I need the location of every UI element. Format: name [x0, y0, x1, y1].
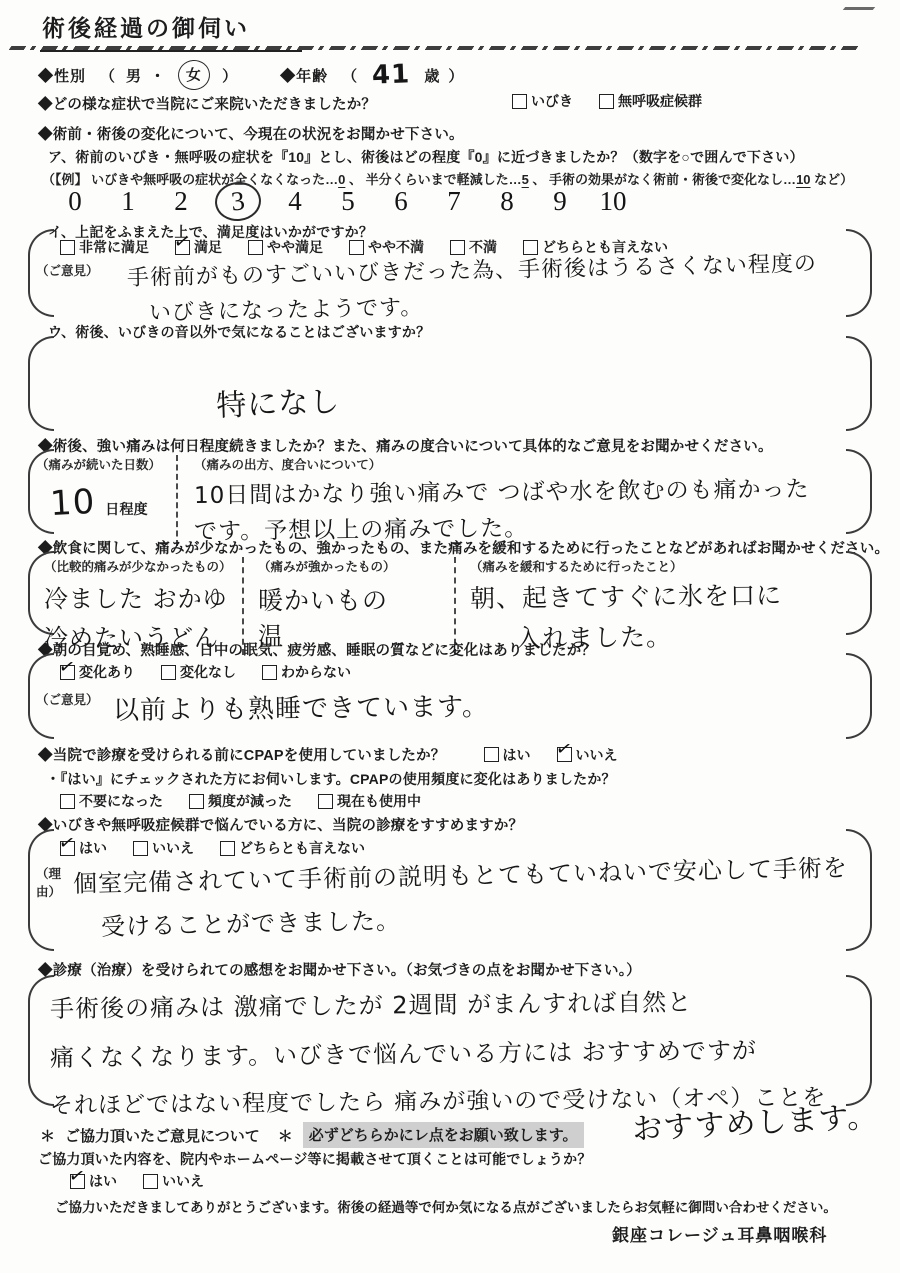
scale-number[interactable]: 7: [439, 186, 469, 217]
gender-paren-close: ）: [222, 65, 238, 86]
checkbox-option-0[interactable]: はい: [484, 745, 531, 765]
checkbox-icon[interactable]: [60, 240, 75, 255]
checkbox-label: はい: [79, 838, 107, 858]
age-label: ◆年齢: [280, 65, 328, 86]
food-col2-label: （痛みが強かったもの）: [258, 557, 450, 575]
sleep-comment-label: （ご意見）: [36, 690, 99, 708]
recommend-reason-line2: 受けることができました。: [101, 891, 849, 942]
checkbox-label: わからない: [281, 662, 351, 682]
checkbox-label: いびき: [531, 91, 573, 111]
checkbox-option-0[interactable]: ✓変化あり: [60, 662, 135, 682]
checkbox-icon[interactable]: [512, 94, 527, 109]
age-paren-open: （: [342, 65, 358, 86]
food-col1-label: （比較的痛みが少なかったもの）: [44, 557, 238, 575]
checkbox-label: いいえ: [576, 745, 618, 765]
concerns-answer-box: 特になし: [28, 336, 872, 431]
checkbox-icon[interactable]: [484, 747, 499, 762]
example-seg: 、 半分くらいまで軽減した…: [345, 172, 521, 187]
symptom-question: ◆どの様な症状で当院にご来院いただきましたか？: [38, 93, 376, 114]
example-seg: など）: [811, 172, 854, 187]
checked-checkbox-icon[interactable]: ✓: [60, 665, 75, 680]
food-answer-box: （比較的痛みが少なかったもの） 冷ました おかゆ 冷めたいうどん （痛みが強かっ…: [28, 551, 872, 635]
publish-options: ✓はいいいえ: [70, 1171, 230, 1191]
scanned-questionnaire-page: 術後経過の御伺い ◆性別 （ 男 ・ 女 ） ◆年齢 （ 41 歳 ） ◆どの様…: [0, 0, 900, 1273]
checkbox-icon[interactable]: [143, 1174, 158, 1189]
sleep-comment-handwritten: 以前よりも熟睡できています。: [112, 686, 488, 727]
age-unit: 歳: [424, 65, 440, 86]
checkbox-icon[interactable]: [450, 240, 465, 255]
check-mark-icon: ✓: [57, 830, 77, 855]
gender-separator: ・: [150, 65, 166, 86]
example-seg: 、 手術の効果がなく術前・術後で変化なし…: [529, 172, 796, 187]
example-underlined-10: 10: [796, 172, 810, 187]
gender-option-female-circled[interactable]: 女: [177, 59, 211, 91]
gender-label: ◆性別: [38, 65, 86, 86]
feedback-line1: 手術後の痛みは 激痛でしたが 2週間 がまんすれば自然と: [50, 981, 836, 1024]
change-header: ◆術前・術後の変化について、今現在の状況をお聞かせ下さい。: [38, 123, 464, 144]
checkbox-option-1[interactable]: 頻度が減った: [189, 791, 292, 811]
scale-number[interactable]: 8: [492, 186, 522, 217]
gender-option-male[interactable]: 男: [126, 65, 142, 86]
checkbox-label: 頻度が減った: [208, 791, 292, 811]
pain-days-value-handwritten: 10: [49, 482, 96, 524]
food-col3-label: （痛みを緩和するために行ったこと）: [470, 557, 834, 575]
concerns-answer-handwritten: 特になし: [215, 359, 836, 425]
recommend-answer-box: ✓はいいいえどちらとも言えない （理由） 個室完備されていて手術前の説明もとても…: [28, 829, 872, 951]
checkbox-label: いいえ: [152, 838, 194, 858]
cpap-q2-options: 不要になった頻度が減った現在も使用中: [60, 791, 447, 811]
cpap-question-2: ・『はい』にチェックされた方にお伺いします。CPAPの使用頻度に変化はありました…: [46, 769, 616, 789]
scale-number[interactable]: 6: [386, 186, 416, 217]
footer-highlight-note: 必ずどちらかにレ点をお願い致します。: [303, 1122, 584, 1148]
checkbox-icon[interactable]: [220, 841, 235, 856]
pain-desc-line1: 10日間はかなり強い痛みで つばや水を飲むのも痛かった: [194, 470, 836, 510]
checkbox-icon[interactable]: [60, 794, 75, 809]
scale-number[interactable]: 4: [280, 186, 310, 217]
checkbox-icon[interactable]: [133, 841, 148, 856]
checked-checkbox-icon[interactable]: ✓: [557, 747, 572, 762]
checkbox-icon[interactable]: [161, 665, 176, 680]
footer-star-1: ＊: [40, 1125, 55, 1146]
checkbox-option-2[interactable]: やや満足: [248, 237, 323, 257]
checked-checkbox-icon[interactable]: ✓: [60, 841, 75, 856]
recommend-reason-label: （理由）: [36, 864, 61, 900]
pain-days-label: （痛みが続いた日数）: [36, 455, 176, 473]
checkbox-label: やや満足: [267, 237, 323, 257]
checkbox-label: 現在も使用中: [337, 791, 421, 811]
footer-star-2: ＊: [278, 1125, 293, 1146]
checkbox-option-1[interactable]: ✓いいえ: [557, 745, 618, 765]
scale-number[interactable]: 0: [60, 186, 90, 217]
checkbox-label: 満足: [194, 237, 222, 257]
checkbox-option-0[interactable]: ✓はい: [70, 1171, 117, 1191]
checkbox-label: 非常に満足: [79, 237, 149, 257]
checked-checkbox-icon[interactable]: ✓: [175, 240, 190, 255]
scale-number[interactable]: 1: [113, 186, 143, 217]
checkbox-option-1[interactable]: いいえ: [143, 1171, 204, 1191]
checkbox-label: 不要になった: [79, 791, 163, 811]
checkbox-icon[interactable]: [262, 665, 277, 680]
food-col2-line1: 暖かいもの: [258, 581, 450, 617]
satisfaction-answer-box: 非常に満足✓満足やや満足やや不満不満どちらとも言えない （ご意見） 手術前がもの…: [28, 229, 872, 317]
feedback-line2: 痛くなくなります。いびきで悩んでいる方には おすすめですが: [50, 1030, 836, 1073]
pain-days-unit: 日程度: [105, 499, 148, 519]
check-mark-icon: ✓: [172, 229, 192, 254]
publish-question: ご協力頂いた内容を、院内やホームページ等に掲載させて頂くことは可能でしょうか？: [38, 1149, 592, 1169]
cpap-q1-options: はい✓いいえ: [484, 745, 644, 765]
checkbox-option-0[interactable]: ✓はい: [60, 838, 107, 858]
checkbox-label: 無呼吸症候群: [618, 91, 702, 111]
check-mark-icon: ✓: [553, 737, 573, 762]
checkbox-icon[interactable]: [318, 794, 333, 809]
gender-paren-open: （: [100, 65, 116, 86]
checkbox-option-0[interactable]: 不要になった: [60, 791, 163, 811]
checkbox-icon[interactable]: [248, 240, 263, 255]
check-mark-icon: ✓: [67, 1163, 87, 1188]
checkbox-option-1[interactable]: 無呼吸症候群: [599, 91, 702, 111]
scale-number[interactable]: 10: [598, 186, 628, 217]
age-paren-close: ）: [448, 65, 464, 86]
feedback-answer-box: 手術後の痛みは 激痛でしたが 2週間 がまんすれば自然と 痛くなくなります。いび…: [28, 975, 872, 1106]
checkbox-option-2[interactable]: どちらとも言えない: [220, 838, 365, 858]
rating-scale-row: 012345678910: [60, 186, 628, 217]
checkbox-option-1[interactable]: いいえ: [133, 838, 194, 858]
comment-label: （ご意見）: [36, 261, 99, 279]
checkbox-label: どちらとも言えない: [239, 838, 365, 858]
scale-number[interactable]: 5: [333, 186, 363, 217]
scan-artifact-mark: [843, 7, 876, 10]
checkbox-option-0[interactable]: いびき: [512, 91, 573, 111]
thanks-note: ご協力いただきましてありがとうございます。術後の経過等で何か気になる点がございま…: [55, 1196, 837, 1216]
food-col3-line1: 朝、起きてすぐに氷を口に: [470, 575, 834, 615]
food-col1-line1: 冷ました おかゆ: [44, 579, 238, 614]
checkbox-icon[interactable]: [349, 240, 364, 255]
scale-number[interactable]: 9: [545, 186, 575, 217]
cpap-question-1: ◆当院で診療を受けられる前にCPAPを使用していましたか？: [38, 744, 446, 765]
scale-number[interactable]: 2: [166, 186, 196, 217]
checkbox-label: はい: [89, 1171, 117, 1191]
age-value-handwritten: 41: [372, 59, 411, 90]
checkbox-label: はい: [503, 745, 531, 765]
checkbox-label: 変化あり: [79, 662, 135, 682]
checkbox-label: 変化なし: [180, 662, 236, 682]
checkbox-option-2[interactable]: わからない: [262, 662, 351, 682]
checkbox-option-1[interactable]: ✓満足: [175, 237, 222, 257]
checkbox-option-1[interactable]: 変化なし: [161, 662, 236, 682]
checkbox-icon[interactable]: [189, 794, 204, 809]
footer-ask-label: ご協力頂いたご意見について: [65, 1125, 260, 1146]
sleep-answer-box: ✓変化あり変化なしわからない （ご意見） 以前よりも熟睡できています。: [28, 653, 872, 739]
check-mark-icon: ✓: [57, 654, 77, 679]
example-underlined-5: 5: [522, 172, 529, 187]
checkbox-option-0[interactable]: 非常に満足: [60, 237, 149, 257]
pain-answer-box: （痛みが続いた日数） 10 日程度 （痛みの出方、度合いについて） 10日間はか…: [28, 449, 872, 534]
dash-dot-divider: [9, 46, 864, 50]
checkbox-option-2[interactable]: 現在も使用中: [318, 791, 421, 811]
scale-number-circled[interactable]: 3: [213, 180, 263, 224]
checkbox-icon[interactable]: [599, 94, 614, 109]
symptom-options: いびき無呼吸症候群: [512, 91, 728, 111]
checked-checkbox-icon[interactable]: ✓: [70, 1174, 85, 1189]
clinic-name: 銀座コレージュ耳鼻咽喉科: [612, 1221, 827, 1246]
example-seg: （【例】 いびきや無呼吸の症状が全くなくなった…: [42, 172, 338, 187]
question-a: ア、術前のいびき・無呼吸の症状を『10』とし、術後はどの程度『0』に近づきました…: [48, 147, 804, 167]
sleep-options: ✓変化あり変化なしわからない: [60, 662, 836, 682]
checkbox-label: いいえ: [162, 1171, 204, 1191]
